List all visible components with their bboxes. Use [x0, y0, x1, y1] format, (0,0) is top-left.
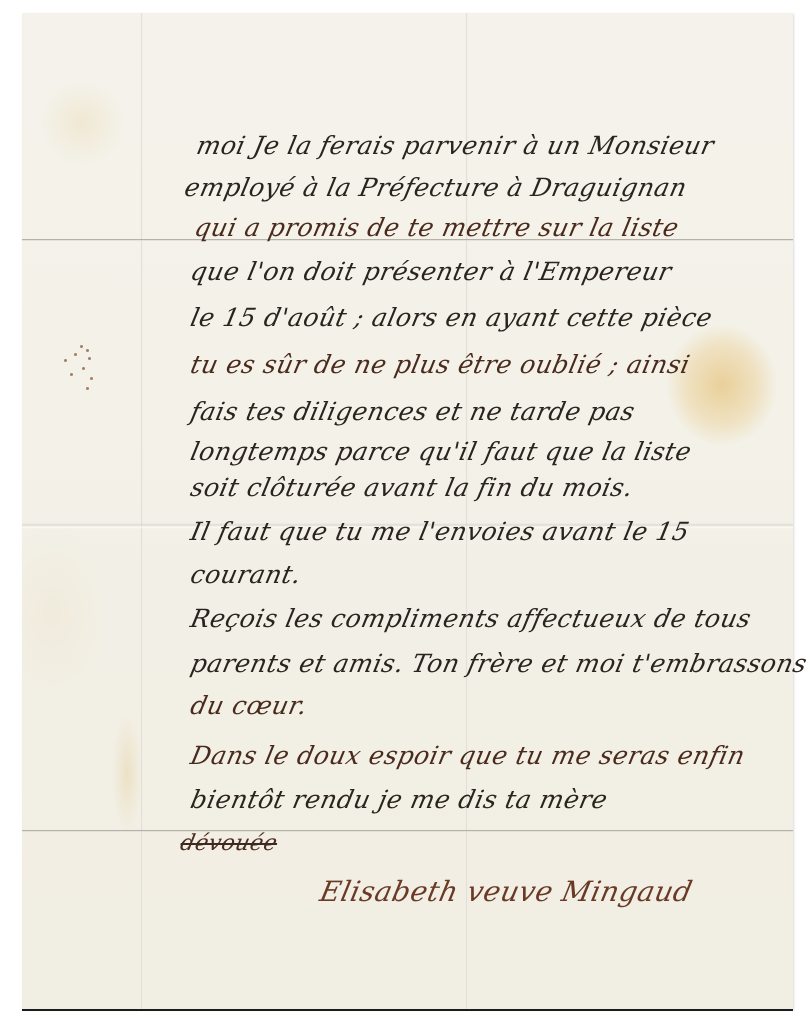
letter-line-4: que l'on doit présenter à l'Empereur [188, 257, 675, 286]
letter-line-14: du cœur. [188, 691, 310, 720]
letter-line-16: bientôt rendu je me dis ta mère [188, 785, 610, 814]
letter-line-13: parents et amis. Ton frère et moi t'embr… [188, 649, 810, 678]
letter-line-6: tu es sûr de ne plus être oublié ; ainsi [188, 350, 693, 379]
letter-line-5: le 15 d'août ; alors en ayant cette pièc… [188, 303, 715, 332]
letter-line-2: employé à la Préfecture à Draguignan [182, 173, 690, 202]
foxing-spots [60, 343, 100, 403]
letter-line-1: moi Je la ferais parvenir à un Monsieur [194, 131, 717, 160]
horizontal-fold-bottom [22, 830, 793, 832]
water-stain [667, 325, 777, 445]
letter-line-12: Reçois les compliments affectueux de tou… [188, 604, 754, 633]
letter-line-15: Dans le doux espoir que tu me seras enfi… [188, 741, 748, 770]
letter-sheet: moi Je la ferais parvenir à un Monsieur … [22, 13, 793, 1009]
letter-line-7: fais tes diligences et ne tarde pas [188, 397, 638, 426]
vertical-fold-center [465, 13, 468, 1009]
letter-line-17: dévouée [178, 831, 280, 856]
letter-line-11: courant. [188, 560, 304, 589]
age-stain [112, 713, 142, 833]
letter-line-8: longtemps parce qu'il faut que la liste [188, 437, 694, 466]
letter-line-9: soit clôturée avant la fin du mois. [188, 473, 636, 502]
letter-line-10: Il faut que tu me l'envoies avant le 15 [188, 517, 692, 546]
signature: Elisabeth veuve Mingaud [317, 875, 696, 908]
vertical-fold-left [140, 13, 143, 1009]
letter-line-3: qui a promis de te mettre sur la liste [192, 213, 682, 242]
